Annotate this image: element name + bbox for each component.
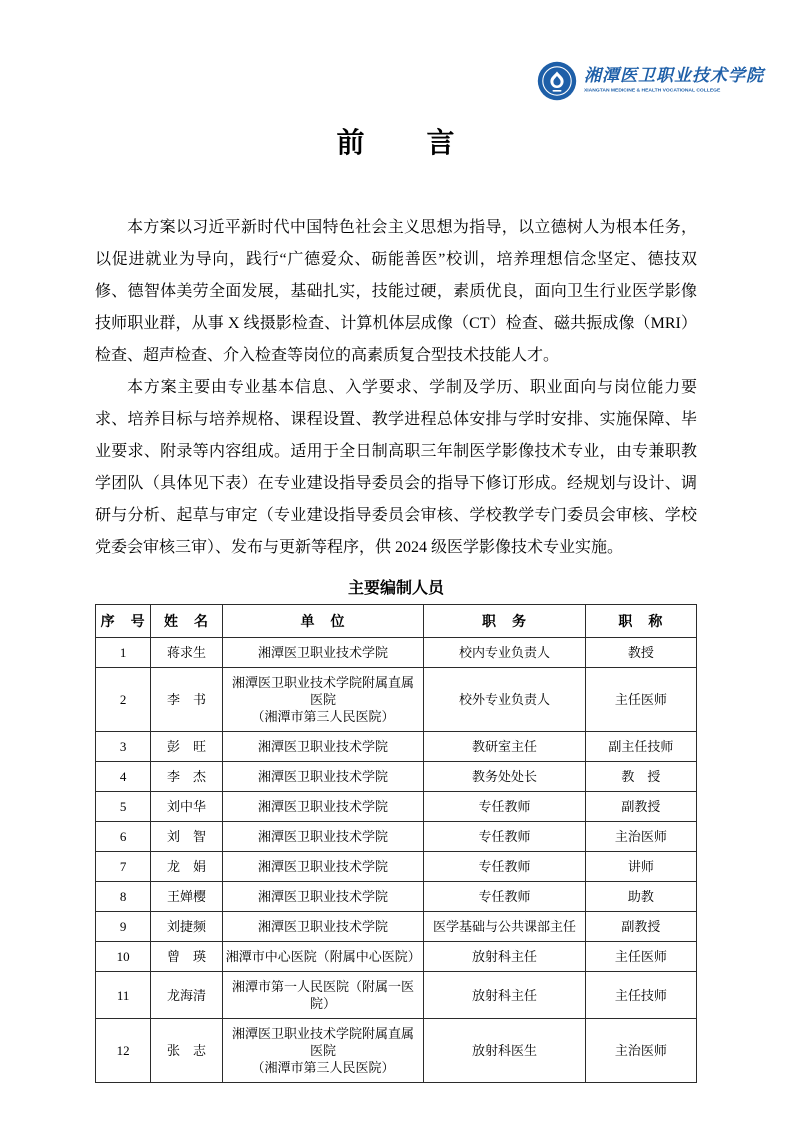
cell-title: 主治医师 [585,1019,696,1083]
cell-name: 龙 娟 [151,852,223,882]
cell-title: 助教 [585,882,696,912]
cell-title: 讲师 [585,852,696,882]
cell-name: 刘 智 [151,822,223,852]
cell-unit: 湘潭医卫职业技术学院 [222,638,423,668]
cell-title: 主任医师 [585,942,696,972]
cell-unit: 湘潭市第一人民医院（附属一医院） [222,972,423,1019]
cell-duty: 放射科主任 [424,972,586,1019]
table-row: 5刘中华湘潭医卫职业技术学院专任教师副教授 [96,792,697,822]
cell-name: 李 杰 [151,762,223,792]
cell-duty: 放射科主任 [424,942,586,972]
cell-name: 曾 瑛 [151,942,223,972]
cell-unit: 湘潭医卫职业技术学院 [222,822,423,852]
table-row: 1蒋求生湘潭医卫职业技术学院校内专业负责人教授 [96,638,697,668]
cell-duty: 专任教师 [424,882,586,912]
cell-name: 刘捷频 [151,912,223,942]
cell-no: 4 [96,762,151,792]
cell-duty: 教务处处长 [424,762,586,792]
table-row: 3彭 旺湘潭医卫职业技术学院教研室主任副主任技师 [96,732,697,762]
column-header-unit: 单 位 [222,605,423,638]
cell-no: 12 [96,1019,151,1083]
cell-title: 主任技师 [585,972,696,1019]
column-header-title: 职 称 [585,605,696,638]
table-row: 4李 杰湘潭医卫职业技术学院教务处处长教 授 [96,762,697,792]
cell-name: 王婵樱 [151,882,223,912]
paragraph-1: 本方案以习近平新时代中国特色社会主义思想为指导，以立德树人为根本任务，以促进就业… [95,212,697,372]
table-row: 10曾 瑛湘潭市中心医院（附属中心医院）放射科主任主任医师 [96,942,697,972]
cell-title: 副教授 [585,792,696,822]
cell-unit: 湘潭医卫职业技术学院 [222,762,423,792]
cell-no: 7 [96,852,151,882]
college-logo: 湘潭医卫职业技术学院 XIANGTAN MEDICINE & HEALTH VO… [537,61,793,101]
paragraph-2: 本方案主要由专业基本信息、入学要求、学制及学历、职业面向与岗位能力要求、培养目标… [95,372,697,564]
personnel-table-body: 1蒋求生湘潭医卫职业技术学院校内专业负责人教授2李 书湘潭医卫职业技术学院附属直… [96,638,697,1083]
table-row: 7龙 娟湘潭医卫职业技术学院专任教师讲师 [96,852,697,882]
cell-no: 3 [96,732,151,762]
cell-name: 彭 旺 [151,732,223,762]
cell-unit: 湘潭医卫职业技术学院附属直属医院 （湘潭市第三人民医院） [222,668,423,732]
cell-no: 2 [96,668,151,732]
table-title: 主要编制人员 [95,579,697,599]
table-row: 11龙海清湘潭市第一人民医院（附属一医院）放射科主任主任技师 [96,972,697,1019]
cell-no: 5 [96,792,151,822]
cell-unit: 湘潭医卫职业技术学院 [222,732,423,762]
cell-unit: 湘潭医卫职业技术学院 [222,852,423,882]
cell-unit: 湘潭市中心医院（附属中心医院） [222,942,423,972]
cell-title: 主任医师 [585,668,696,732]
cell-unit: 湘潭医卫职业技术学院 [222,912,423,942]
cell-no: 8 [96,882,151,912]
cell-no: 11 [96,972,151,1019]
college-emblem-icon [537,61,577,101]
college-name-block: 湘潭医卫职业技术学院 XIANGTAN MEDICINE & HEALTH VO… [584,67,793,96]
cell-unit: 湘潭医卫职业技术学院 [222,792,423,822]
cell-name: 李 书 [151,668,223,732]
cell-no: 10 [96,942,151,972]
table-row: 9刘捷频湘潭医卫职业技术学院医学基础与公共课部主任副教授 [96,912,697,942]
column-header-no: 序 号 [96,605,151,638]
column-header-duty: 职 务 [424,605,586,638]
cell-name: 张 志 [151,1019,223,1083]
cell-unit: 湘潭医卫职业技术学院附属直属医院 （湘潭市第三人民医院） [222,1019,423,1083]
cell-duty: 专任教师 [424,822,586,852]
cell-title: 主治医师 [585,822,696,852]
cell-title: 副教授 [585,912,696,942]
cell-duty: 校外专业负责人 [424,668,586,732]
column-header-name: 姓 名 [151,605,223,638]
document-body: 本方案以习近平新时代中国特色社会主义思想为指导，以立德树人为根本任务，以促进就业… [0,212,793,1083]
cell-title: 副主任技师 [585,732,696,762]
cell-title: 教授 [585,638,696,668]
cell-duty: 专任教师 [424,792,586,822]
cell-duty: 教研室主任 [424,732,586,762]
cell-name: 刘中华 [151,792,223,822]
college-name-en: XIANGTAN MEDICINE & HEALTH VOCATIONAL CO… [584,88,720,93]
table-row: 6刘 智湘潭医卫职业技术学院专任教师主治医师 [96,822,697,852]
table-row: 2李 书湘潭医卫职业技术学院附属直属医院 （湘潭市第三人民医院）校外专业负责人主… [96,668,697,732]
cell-duty: 医学基础与公共课部主任 [424,912,586,942]
cell-unit: 湘潭医卫职业技术学院 [222,882,423,912]
table-row: 12张 志湘潭医卫职业技术学院附属直属医院 （湘潭市第三人民医院）放射科医生主治… [96,1019,697,1083]
table-row: 8王婵樱湘潭医卫职业技术学院专任教师助教 [96,882,697,912]
cell-duty: 放射科医生 [424,1019,586,1083]
cell-duty: 专任教师 [424,852,586,882]
cell-name: 龙海清 [151,972,223,1019]
cell-no: 6 [96,822,151,852]
cell-name: 蒋求生 [151,638,223,668]
table-header-row: 序 号姓 名单 位职 务职 称 [96,605,697,638]
cell-title: 教 授 [585,762,696,792]
cell-duty: 校内专业负责人 [424,638,586,668]
document-page: 湘潭医卫职业技术学院 XIANGTAN MEDICINE & HEALTH VO… [0,0,793,1122]
personnel-table: 序 号姓 名单 位职 务职 称 1蒋求生湘潭医卫职业技术学院校内专业负责人教授2… [95,604,697,1083]
college-name-cn: 湘潭医卫职业技术学院 [584,67,793,86]
cell-no: 1 [96,638,151,668]
cell-no: 9 [96,912,151,942]
